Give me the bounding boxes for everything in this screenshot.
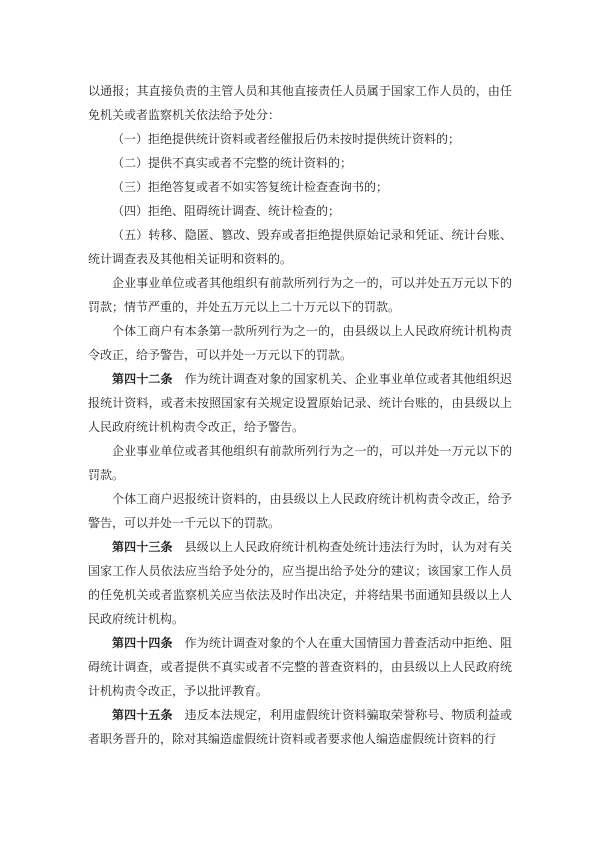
article-paragraph: 第四十三条县级以上人民政府统计机构查处统计违法行为时，认为对有关国家工作人员依法… — [88, 535, 512, 631]
body-paragraph: 企业事业单位或者其他组织有前款所列行为之一的，可以并处五万元以下的罚款；情节严重… — [88, 271, 512, 319]
article-paragraph: 第四十四条作为统计调查对象的个人在重大国情国力普查活动中拒绝、阻碍统计调查，或者… — [88, 631, 512, 703]
paragraph-text: 个体工商户有本条第一款所列行为之一的，由县级以上人民政府统计机构责令改正，给予警… — [88, 324, 512, 362]
document-page: 以通报；其直接负责的主管人员和其他直接责任人员属于国家工作人员的，由任免机关或者… — [0, 0, 600, 848]
article-paragraph: 第四十二条作为统计调查对象的国家机关、企业事业单位或者其他组织迟报统计资料，或者… — [88, 367, 512, 439]
article-number: 第四十四条 — [112, 636, 173, 650]
paragraph-text: （一）拒绝提供统计资料或者经催报后仍未按时提供统计资料的； — [112, 132, 460, 146]
paragraph-text: （五）转移、隐匿、篡改、毁弃或者拒绝提供原始记录和凭证、统计台账、统计调查表及其… — [88, 228, 512, 266]
paragraph-text: （四）拒绝、阻碍统计调查、统计检查的； — [112, 204, 340, 218]
article-number: 第四十二条 — [112, 372, 173, 386]
paragraph-text: 以通报；其直接负责的主管人员和其他直接责任人员属于国家工作人员的，由任免机关或者… — [88, 84, 512, 122]
document-text: 以通报；其直接负责的主管人员和其他直接责任人员属于国家工作人员的，由任免机关或者… — [88, 79, 512, 751]
list-item-paragraph: （一）拒绝提供统计资料或者经催报后仍未按时提供统计资料的； — [88, 127, 512, 151]
article-number: 第四十三条 — [112, 540, 173, 554]
paragraph-text: （三）拒绝答复或者不如实答复统计检查查询书的； — [112, 180, 388, 194]
continuation-paragraph: 以通报；其直接负责的主管人员和其他直接责任人员属于国家工作人员的，由任免机关或者… — [88, 79, 512, 127]
body-paragraph: 个体工商户迟报统计资料的，由县级以上人民政府统计机构责令改正，给予警告，可以并处… — [88, 487, 512, 535]
article-paragraph: 第四十五条违反本法规定，利用虚假统计资料骗取荣誉称号、物质利益或者职务晋升的，除… — [88, 703, 512, 751]
body-paragraph: 企业事业单位或者其他组织有前款所列行为之一的，可以并处一万元以下的罚款。 — [88, 439, 512, 487]
list-item-paragraph: （二）提供不真实或者不完整的统计资料的； — [88, 151, 512, 175]
paragraph-text: 企业事业单位或者其他组织有前款所列行为之一的，可以并处一万元以下的罚款。 — [88, 444, 512, 482]
list-item-paragraph: （四）拒绝、阻碍统计调查、统计检查的； — [88, 199, 512, 223]
body-paragraph: 个体工商户有本条第一款所列行为之一的，由县级以上人民政府统计机构责令改正，给予警… — [88, 319, 512, 367]
paragraph-text: 企业事业单位或者其他组织有前款所列行为之一的，可以并处五万元以下的罚款；情节严重… — [88, 276, 512, 314]
list-item-paragraph: （五）转移、隐匿、篡改、毁弃或者拒绝提供原始记录和凭证、统计台账、统计调查表及其… — [88, 223, 512, 271]
list-item-paragraph: （三）拒绝答复或者不如实答复统计检查查询书的； — [88, 175, 512, 199]
paragraph-text: 个体工商户迟报统计资料的，由县级以上人民政府统计机构责令改正，给予警告，可以并处… — [88, 492, 512, 530]
paragraph-text: （二）提供不真实或者不完整的统计资料的； — [112, 156, 352, 170]
article-number: 第四十五条 — [112, 708, 173, 722]
